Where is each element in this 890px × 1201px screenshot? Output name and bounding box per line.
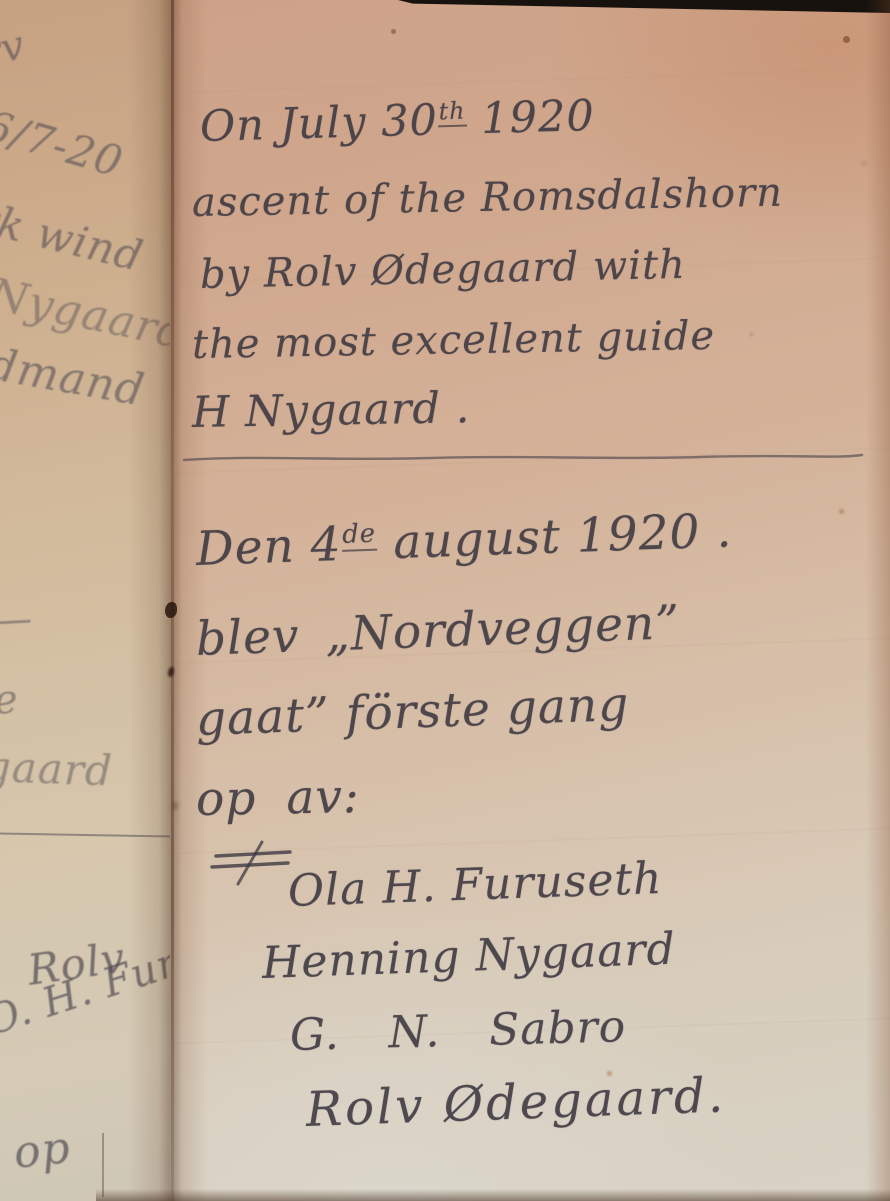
left-page: rv 6/7-20 rk wind Nygaard ldmand — e gaa… (0, 0, 176, 1201)
notebook-photo: rv 6/7-20 rk wind Nygaard ldmand — e gaa… (0, 0, 890, 1201)
left-page-fragment: — (0, 596, 34, 644)
left-page-fragment: op (11, 1122, 73, 1179)
underlying-page-corner-edge (102, 1133, 104, 1197)
handwritten-line-signature: H Nygaard . (192, 383, 471, 438)
handwritten-line: op av: (196, 769, 361, 827)
line-text: On July 30 (199, 95, 438, 152)
ordinal-superscript: de (341, 519, 378, 552)
line-text: 1920 (466, 91, 595, 145)
handwritten-line: the most excellent guide (192, 313, 716, 368)
paper-stain-spots (843, 36, 850, 43)
left-page-fragment: gaard (0, 742, 114, 795)
ordinal-superscript: th (437, 96, 467, 127)
left-page-fragment: 6/7-20 (0, 101, 129, 187)
left-page-pencil-rule (0, 832, 174, 837)
line-text: Den 4 (195, 517, 342, 577)
left-page-fragment: e (0, 676, 20, 724)
left-page-fragment: rk wind (0, 193, 148, 281)
left-page-fragment: rv (0, 22, 30, 77)
pencil-divider-line (180, 450, 866, 466)
name-line: G. N. Sabro (289, 1001, 627, 1061)
